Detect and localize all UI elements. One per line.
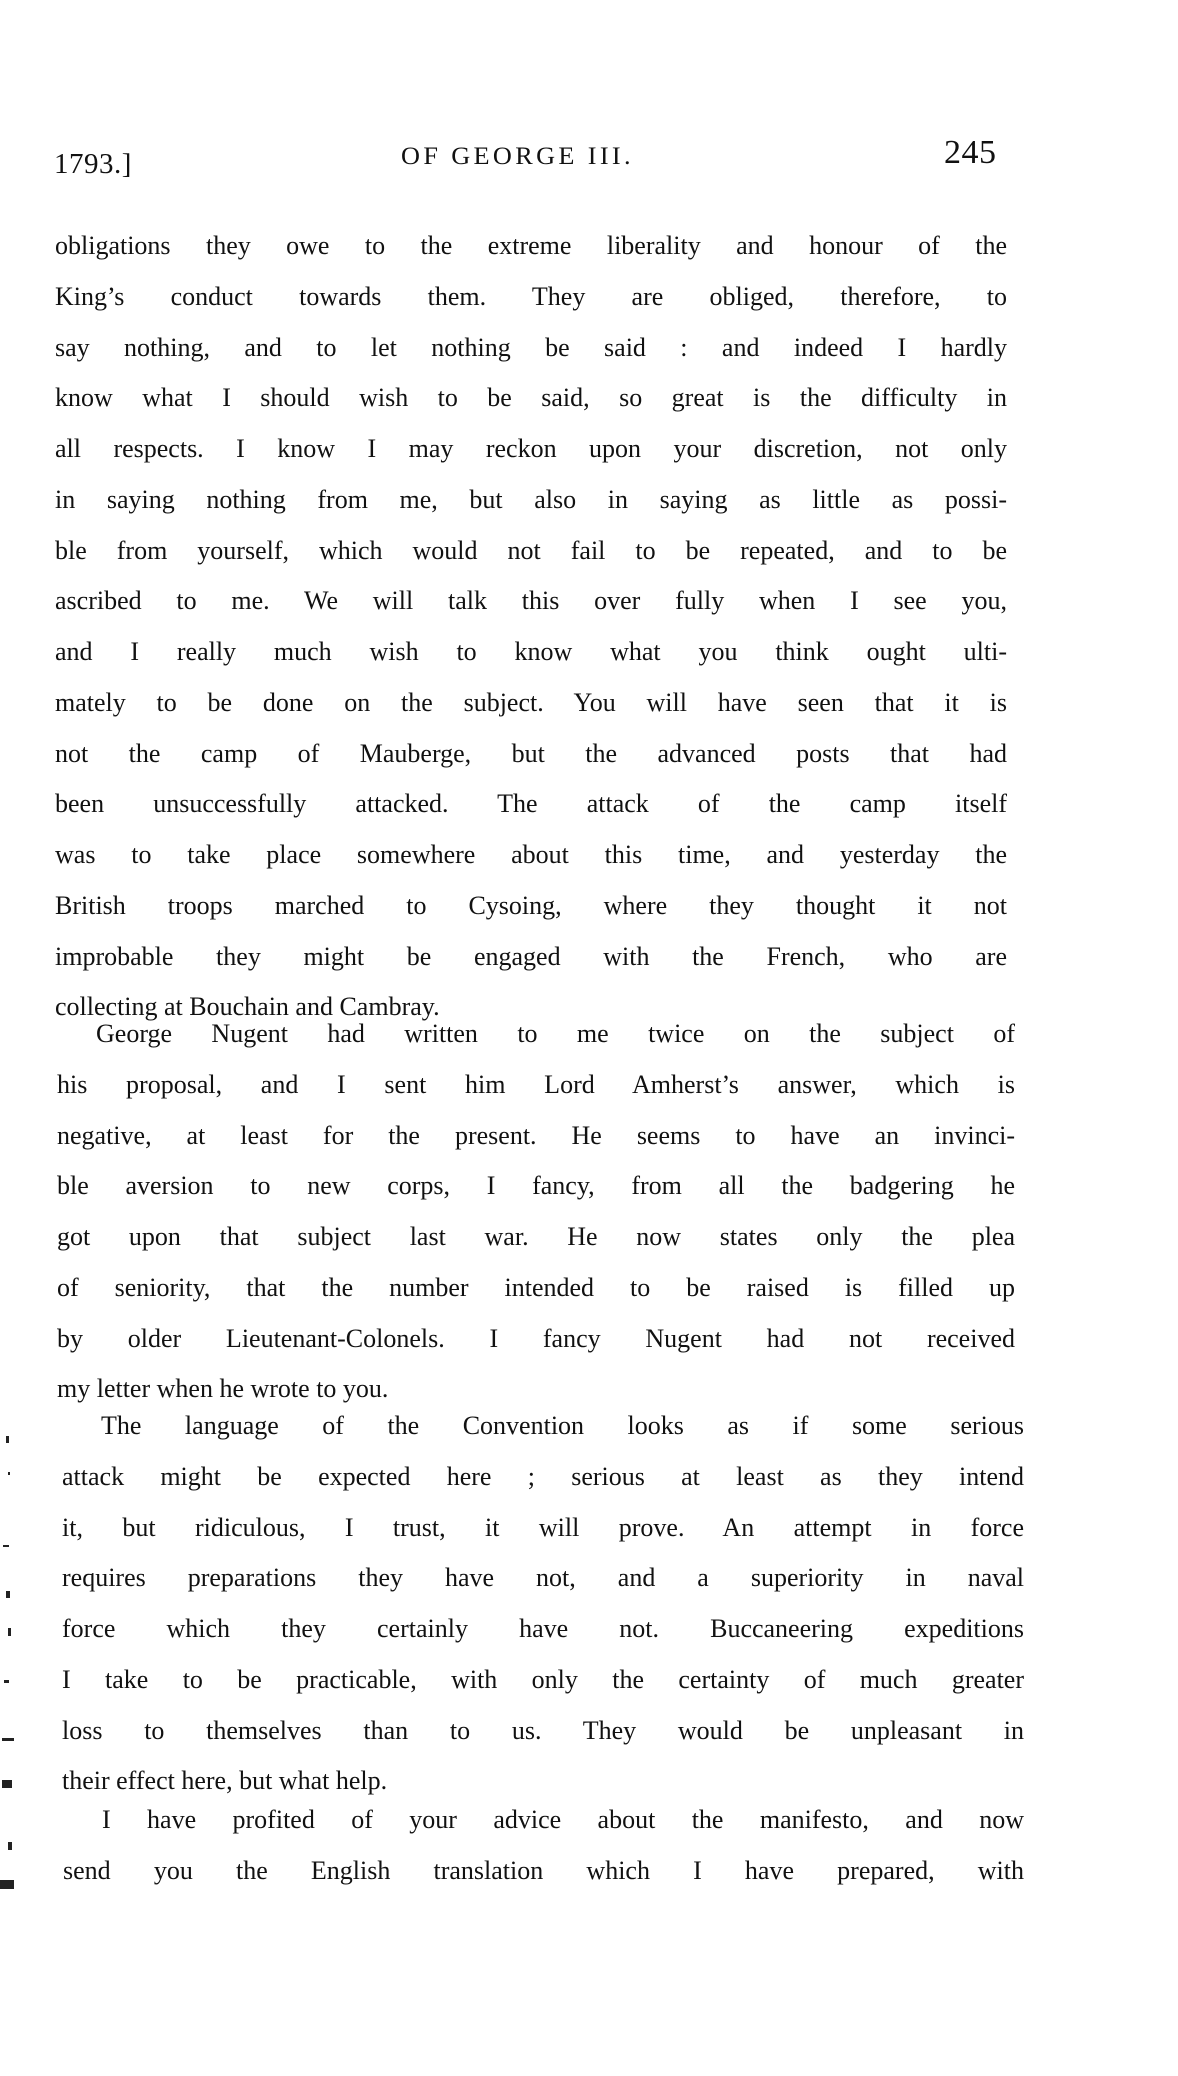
paragraph-1: obligations they owe to the extreme libe… xyxy=(55,221,1007,1033)
scan-mark xyxy=(0,1880,14,1889)
running-head-title: OF GEORGE III. xyxy=(401,141,634,173)
text-line: negative, at least for the present. He s… xyxy=(57,1111,1015,1162)
text-line: British troops marched to Cysoing, where… xyxy=(55,881,1007,932)
text-line: requires preparations they have not, and… xyxy=(62,1553,1024,1604)
text-line: George Nugent had written to me twice on… xyxy=(57,1009,1015,1060)
text-line: say nothing, and to let nothing be said … xyxy=(55,323,1007,374)
text-line: obligations they owe to the extreme libe… xyxy=(55,221,1007,272)
scan-mark xyxy=(6,1436,9,1443)
text-line: attack might be expected here ; serious … xyxy=(62,1452,1024,1503)
page-number: 245 xyxy=(944,133,997,173)
text-line: force which they certainly have not. Buc… xyxy=(62,1604,1024,1655)
text-line: was to take place somewhere about this t… xyxy=(55,830,1007,881)
scan-mark xyxy=(3,1545,9,1547)
text-line: in saying nothing from me, but also in s… xyxy=(55,475,1007,526)
text-line: The language of the Convention looks as … xyxy=(62,1401,1024,1452)
text-line: send you the English translation which I… xyxy=(63,1846,1024,1897)
text-line: King’s conduct towards them. They are ob… xyxy=(55,272,1007,323)
text-line: got upon that subject last war. He now s… xyxy=(57,1212,1015,1263)
text-line: ble from yourself, which would not fail … xyxy=(55,526,1007,577)
text-line: of seniority, that the number intended t… xyxy=(57,1263,1015,1314)
scan-mark xyxy=(8,1628,11,1636)
running-head-date: 1793.] xyxy=(54,146,132,182)
scan-mark xyxy=(8,1842,12,1850)
running-head: 1793.] OF GEORGE III. 245 xyxy=(0,0,1178,200)
text-line: know what I should wish to be said, so g… xyxy=(55,373,1007,424)
text-line: his proposal, and I sent him Lord Amhers… xyxy=(57,1060,1015,1111)
text-line: ascribed to me. We will talk this over f… xyxy=(55,576,1007,627)
scan-mark xyxy=(4,1680,9,1683)
scan-mark xyxy=(6,1591,10,1598)
text-line: I have profited of your advice about the… xyxy=(63,1795,1024,1846)
text-line: mately to be done on the subject. You wi… xyxy=(55,678,1007,729)
paragraph-3: The language of the Convention looks as … xyxy=(62,1401,1024,1807)
text-line: by older Lieutenant-Colonels. I fancy Nu… xyxy=(57,1314,1015,1365)
text-line: ble aversion to new corps, I fancy, from… xyxy=(57,1161,1015,1212)
text-line: and I really much wish to know what you … xyxy=(55,627,1007,678)
scan-mark xyxy=(2,1780,12,1788)
text-line: loss to themselves than to us. They woul… xyxy=(62,1706,1024,1757)
text-line: it, but ridiculous, I trust, it will pro… xyxy=(62,1503,1024,1554)
scan-mark xyxy=(8,1472,10,1475)
text-line: been unsuccessfully attacked. The attack… xyxy=(55,779,1007,830)
text-line: all respects. I know I may reckon upon y… xyxy=(55,424,1007,475)
paragraph-4: I have profited of your advice about the… xyxy=(63,1795,1024,1897)
scan-mark xyxy=(2,1738,14,1741)
text-line: improbable they might be engaged with th… xyxy=(55,932,1007,983)
text-line: not the camp of Mauberge, but the advanc… xyxy=(55,729,1007,780)
text-line: I take to be practicable, with only the … xyxy=(62,1655,1024,1706)
paragraph-2: George Nugent had written to me twice on… xyxy=(57,1009,1015,1415)
